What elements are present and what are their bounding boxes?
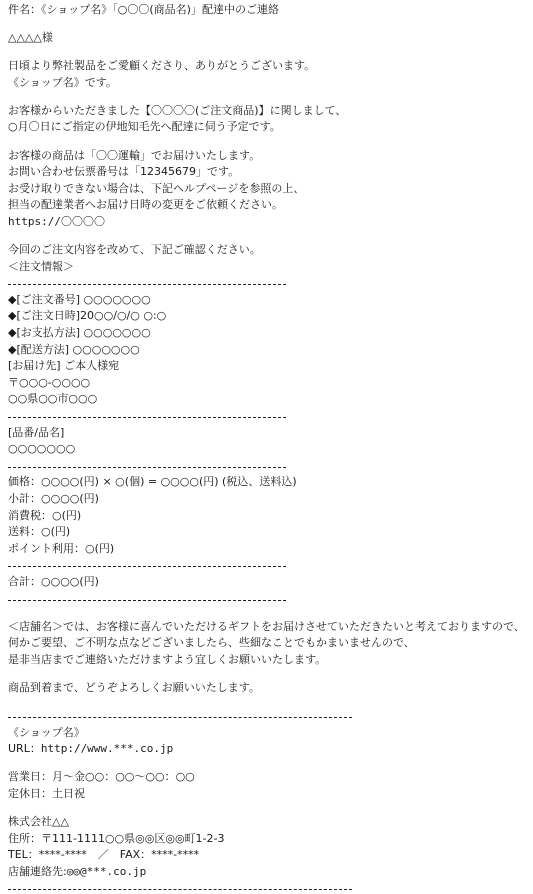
signature-divider	[8, 708, 533, 725]
signature-url-row: URL：http://www.***.co.jp	[8, 741, 533, 758]
email-document: 件名：《ショップ名》「○〇〇(商品名)」配達中のご連絡 △△△△様 日頃より弊社…	[0, 0, 533, 894]
shipping-line: お客様の商品は「〇〇運輸」でお届けいたします。	[8, 148, 533, 165]
tel-fax: TEL：****-**** ／ FAX：****-****	[8, 847, 533, 864]
confirm-intro: 今回のご注文内容を改めて、下記ご確認ください。	[8, 242, 533, 259]
greeting-line: 日頃より弊社製品をご愛顧くださり、ありがとうございます。	[8, 58, 533, 75]
contact-label: 店舗連絡先:	[8, 865, 67, 878]
help-url-link[interactable]: https://〇〇〇〇	[8, 214, 533, 231]
sign-off: 商品到着まで、どうぞよろしくお願いいたします。	[8, 680, 533, 697]
spacer	[8, 231, 533, 243]
spacer	[8, 607, 533, 619]
company-name: 株式会社△△	[8, 814, 533, 831]
intro-line: ○月〇日にご指定の伊地知毛先へ配達に伺う予定です。	[8, 119, 533, 136]
order-info-line: ◆[お支払方法] ○○○○○○○	[8, 325, 533, 342]
price-line: ポイント利用：○(円)	[8, 541, 533, 558]
order-info-line: ○○県○○市○○○	[8, 391, 533, 408]
email-subject: 件名：《ショップ名》「○〇〇(商品名)」配達中のご連絡	[8, 2, 533, 19]
spacer	[8, 47, 533, 59]
spacer	[8, 696, 533, 708]
contact-email-link[interactable]: ◎◎@***.co.jp	[67, 865, 146, 878]
address: 〒111-1111○○県◎◎区◎◎町1-2-3	[41, 832, 224, 845]
shipping-line: お問い合わせ伝票番号は「12345679」です。	[8, 164, 533, 181]
signature-divider	[8, 880, 533, 894]
item-heading: [品番/品名]	[8, 425, 533, 442]
total-line: 合計：○○○○(円)	[8, 574, 533, 591]
spacer	[8, 802, 533, 814]
shop-url-link[interactable]: http://www.***.co.jp	[41, 742, 173, 755]
intro-line: お客様からいただきました【〇〇〇〇(ご注文商品)】に関しまして、	[8, 103, 533, 120]
greeting-line: 《ショップ名》です。	[8, 75, 533, 92]
price-line: 小計：○○○○(円)	[8, 491, 533, 508]
price-line: 価格：○○○○(円) × ○(個) = ○○○○(円) (税込、送料込)	[8, 474, 533, 491]
closing-line: ＜店舗名＞では、お客様に喜んでいただけるギフトをお届けさせていただきたいと考えて…	[8, 619, 533, 636]
item-value: ○○○○○○○	[8, 441, 533, 458]
dashed-divider	[8, 408, 533, 425]
recipient: △△△△様	[8, 31, 53, 44]
signature-shop-name: 《ショップ名》	[8, 725, 533, 742]
contact-row: 店舗連絡先:◎◎@***.co.jp	[8, 864, 533, 881]
spacer	[8, 19, 533, 31]
order-info-line: ◆[ご注文番号] ○○○○○○○	[8, 292, 533, 309]
order-info-heading: ＜注文情報＞	[8, 259, 533, 276]
dashed-divider	[8, 591, 533, 608]
spacer	[8, 758, 533, 770]
url-label: URL：	[8, 742, 41, 755]
order-info-line: [お届け先] ご本人様宛	[8, 358, 533, 375]
address-label: 住所：	[8, 832, 41, 845]
shipping-line: 担当の配達業者へお届け日時の変更をご依頼ください。	[8, 197, 533, 214]
closing-line: 是非当店までご連絡いただけますよう宜しくお願いいたします。	[8, 652, 533, 669]
price-line: 送料：○(円)	[8, 524, 533, 541]
spacer	[8, 136, 533, 148]
order-info-line: 〒○○○-○○○○	[8, 375, 533, 392]
shipping-line: お受け取りできない場合は、下記ヘルプページを参照の上、	[8, 181, 533, 198]
business-days: 営業日：月～金○○：○○～○○：○○	[8, 769, 533, 786]
closing-line: 何かご要望、ご不明な点などございましたら、些細なことでもかまいませんので、	[8, 635, 533, 652]
spacer	[8, 668, 533, 680]
recipient-name: △△△△様	[8, 30, 533, 47]
holidays: 定休日：土日祝	[8, 786, 533, 803]
dashed-divider	[8, 557, 533, 574]
spacer	[8, 91, 533, 103]
order-info-line: ◆[ご注文日時]20○○/○/○ ○:○	[8, 308, 533, 325]
order-info-line: ◆[配送方法] ○○○○○○○	[8, 342, 533, 359]
price-line: 消費税：○(円)	[8, 508, 533, 525]
dashed-divider	[8, 458, 533, 475]
dashed-divider	[8, 275, 533, 292]
address-row: 住所：〒111-1111○○県◎◎区◎◎町1-2-3	[8, 831, 533, 848]
